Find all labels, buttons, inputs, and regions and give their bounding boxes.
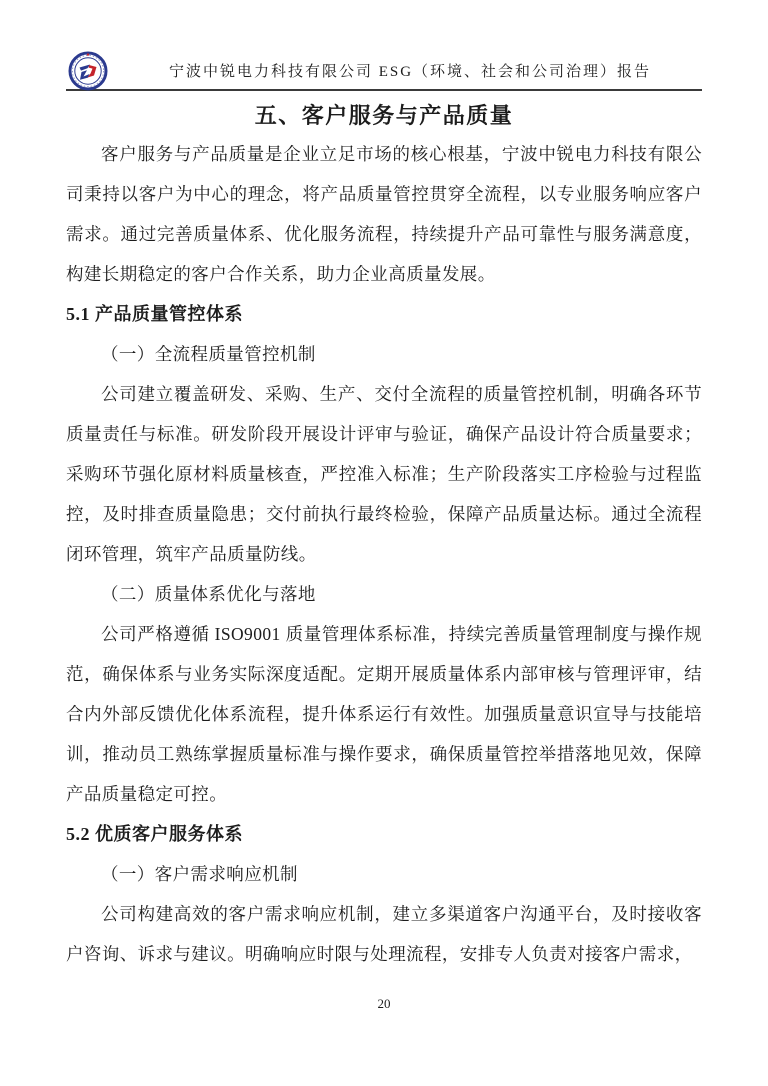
chapter-title: 五、客户服务与产品质量: [66, 98, 702, 134]
intro-paragraph: 客户服务与产品质量是企业立足市场的核心根基，宁波中锐电力科技有限公司秉持以客户为…: [66, 134, 702, 294]
subheading-quality-system-optimization: （二）质量体系优化与落地: [66, 574, 702, 614]
page-footer: 20: [0, 996, 768, 1012]
page-number: 20: [378, 996, 391, 1011]
body-paragraph-customer-response: 公司构建高效的客户需求响应机制，建立多渠道客户沟通平台，及时接收客户咨询、诉求与…: [66, 894, 702, 974]
subheading-customer-response-mechanism: （一）客户需求响应机制: [66, 854, 702, 894]
body-paragraph-quality-control: 公司建立覆盖研发、采购、生产、交付全流程的质量管控机制，明确各环节质量责任与标准…: [66, 374, 702, 574]
section-heading-5-1: 5.1 产品质量管控体系: [66, 294, 702, 334]
subheading-quality-control-mechanism: （一）全流程质量管控机制: [66, 334, 702, 374]
body-paragraph-quality-system: 公司严格遵循 ISO9001 质量管理体系标准，持续完善质量管理制度与操作规范，…: [66, 614, 702, 814]
document-page: 宁波中锐电力科技有限公司 ESG（环境、社会和公司治理）报告 五、客户服务与产品…: [0, 0, 768, 1086]
document-content: 五、客户服务与产品质量 客户服务与产品质量是企业立足市场的核心根基，宁波中锐电力…: [66, 90, 702, 974]
header-title: 宁波中锐电力科技有限公司 ESG（环境、社会和公司治理）报告: [66, 60, 702, 81]
page-header: 宁波中锐电力科技有限公司 ESG（环境、社会和公司治理）报告: [66, 52, 702, 91]
section-heading-5-2: 5.2 优质客户服务体系: [66, 814, 702, 854]
